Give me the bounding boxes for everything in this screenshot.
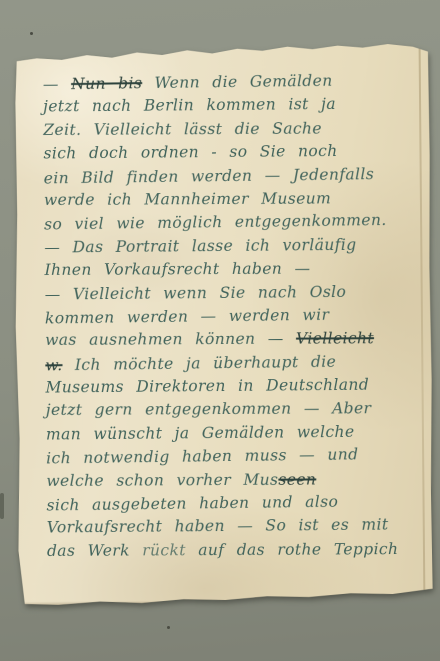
handwritten-text: jetzt nach Berlin kommen ist ja (43, 95, 336, 116)
handwritten-text: Ich möchte ja überhaupt die (62, 352, 336, 374)
letter-line: was ausnehmen können — Vielleicht (45, 327, 418, 352)
handwritten-text: Zeit. Vielleicht lässt die Sache (43, 119, 322, 138)
letter-line: sich doch ordnen - so Sie noch (43, 139, 416, 166)
dust-speck (0, 493, 4, 519)
letter-line: jetzt nach Berlin kommen ist ja (43, 93, 416, 120)
letter-line: — Das Portrait lasse ich vorläufig (44, 233, 417, 260)
handwritten-text: das Werk (47, 541, 142, 559)
letter-line: ich notwendig haben muss — und (46, 443, 419, 471)
letter-line: sich ausgebeten haben und also (46, 490, 419, 518)
handwritten-text: ein Bild finden werden — Jedenfalls (44, 165, 375, 187)
handwritten-text: auf das rothe Teppich (186, 540, 399, 559)
handwritten-text: was ausnehmen können — (45, 330, 296, 349)
letter-body: — Nun bis Wenn die Gemäldenjetzt nach Be… (43, 69, 420, 563)
letter-line: Vorkaufsrecht haben — So ist es mit (47, 514, 420, 541)
handwritten-text: sich doch ordnen - so Sie noch (43, 142, 337, 163)
handwritten-text: Vorkaufsrecht haben — So ist es mit (47, 516, 389, 537)
paper-sheet: — Nun bis Wenn die Gemäldenjetzt nach Be… (12, 43, 435, 607)
handwritten-text: werde ich Mannheimer Museum (44, 189, 331, 209)
letter-line: w. Ich möchte ja überhaupt die (45, 349, 418, 377)
handwritten-text: Museums Direktoren in Deutschland (45, 376, 369, 397)
letter-line: jetzt gern entgegenkommen — Aber (46, 397, 419, 422)
handwritten-text: sich ausgebeten haben und also (46, 493, 338, 515)
handwritten-text: ich notwendig haben muss — und (46, 446, 359, 468)
handwritten-text: jetzt gern entgegenkommen — Aber (46, 400, 372, 420)
letter-paper: — Nun bis Wenn die Gemäldenjetzt nach Be… (12, 43, 435, 607)
letter-line: Zeit. Vielleicht lässt die Sache (43, 117, 416, 142)
struck-text: seen (278, 470, 316, 488)
letter-line: welche schon vorher Musseen (46, 468, 419, 493)
handwritten-text: man wünscht ja Gemälden welche (46, 423, 355, 444)
struck-text: w. (45, 356, 62, 374)
letter-line: das Werk rückt auf das rothe Teppich (47, 538, 420, 563)
handwritten-text: Wenn die Gemälden (142, 72, 333, 92)
handwritten-text: kommen werden — werden wir (45, 306, 330, 328)
handwritten-text: Ihnen Vorkaufsrecht haben — (44, 260, 310, 279)
letter-line: Museums Direktoren in Deutschland (45, 373, 418, 400)
struck-text: Nun bis (71, 74, 142, 93)
handwritten-text: welche schon vorher Mus (46, 470, 278, 489)
handwritten-text: rückt (142, 541, 186, 559)
photo-background: — Nun bis Wenn die Gemäldenjetzt nach Be… (0, 0, 440, 661)
dust-speck (167, 626, 170, 629)
handwritten-text: so viel wie möglich entgegenkommen. (44, 211, 387, 233)
letter-line: ein Bild finden werden — Jedenfalls (44, 162, 417, 190)
letter-line: — Nun bis Wenn die Gemälden (43, 68, 416, 96)
handwritten-text: — Das Portrait lasse ich vorläufig (44, 236, 356, 257)
dust-speck (30, 32, 33, 35)
handwritten-text: — Vielleicht wenn Sie nach Oslo (45, 282, 347, 303)
letter-line: Ihnen Vorkaufsrecht haben — (44, 257, 417, 282)
handwritten-text: — (43, 75, 71, 93)
struck-text: Vielleicht (296, 329, 374, 347)
